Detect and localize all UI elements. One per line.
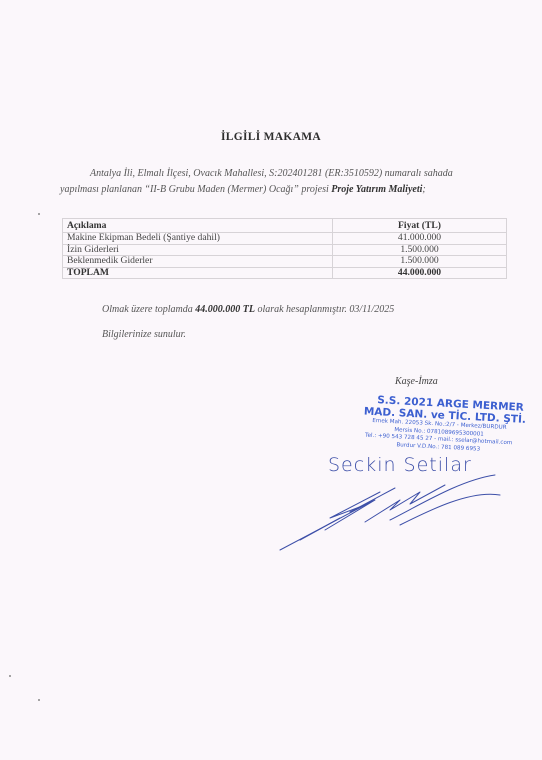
cost-table: Açıklama Fiyat (TL) Makine Ekipman Bedel… (62, 218, 507, 279)
summary-line: Olmak üzere toplamda 44.000.000 TL olara… (102, 304, 394, 315)
handwritten-signature (270, 470, 510, 560)
intro-line-2-suffix: ; (422, 184, 425, 195)
header-description: Açıklama (63, 219, 333, 233)
summary-suffix: olarak hesaplanmıştır. 03/11/2025 (255, 304, 394, 315)
row-description: Beklenmedik Giderler (63, 256, 333, 268)
header-price: Fiyat (TL) (333, 219, 507, 233)
table-header-row: Açıklama Fiyat (TL) (63, 219, 507, 233)
intro-line-1: Antalya İli, Elmalı İlçesi, Ovacık Mahal… (60, 166, 500, 182)
summary-amount: 44.000.000 TL (195, 304, 255, 315)
margin-dot (38, 213, 40, 215)
row-description: Makine Ekipman Bedeli (Şantiye dahil) (63, 233, 333, 245)
table-row: Makine Ekipman Bedeli (Şantiye dahil) 41… (63, 233, 507, 245)
closing-line: Bilgilerinize sunulur. (102, 329, 186, 340)
row-description: İzin Giderleri (63, 244, 333, 256)
row-price: 1.500.000 (333, 244, 507, 256)
document-title: İLGİLİ MAKAMA (0, 131, 542, 143)
company-stamp: S.S. 2021 ARGE MERMER MAD. SAN. ve TİC. … (333, 392, 542, 457)
summary-prefix: Olmak üzere toplamda (102, 304, 195, 315)
table-row: İzin Giderleri 1.500.000 (63, 244, 507, 256)
intro-paragraph: Antalya İli, Elmalı İlçesi, Ovacık Mahal… (60, 166, 500, 197)
intro-line-2-prefix: yapılması planlanan “II-B Grubu Maden (M… (60, 184, 331, 195)
total-price: 44.000.000 (333, 267, 507, 279)
total-label: TOPLAM (63, 267, 333, 279)
margin-dot (38, 699, 40, 701)
row-price: 41.000.000 (333, 233, 507, 245)
intro-line-2-bold: Proje Yatırım Maliyeti (331, 184, 422, 195)
table-total-row: TOPLAM 44.000.000 (63, 267, 507, 279)
row-price: 1.500.000 (333, 256, 507, 268)
signature-label: Kaşe-İmza (395, 376, 438, 387)
margin-dot (9, 675, 11, 677)
table-row: Beklenmedik Giderler 1.500.000 (63, 256, 507, 268)
